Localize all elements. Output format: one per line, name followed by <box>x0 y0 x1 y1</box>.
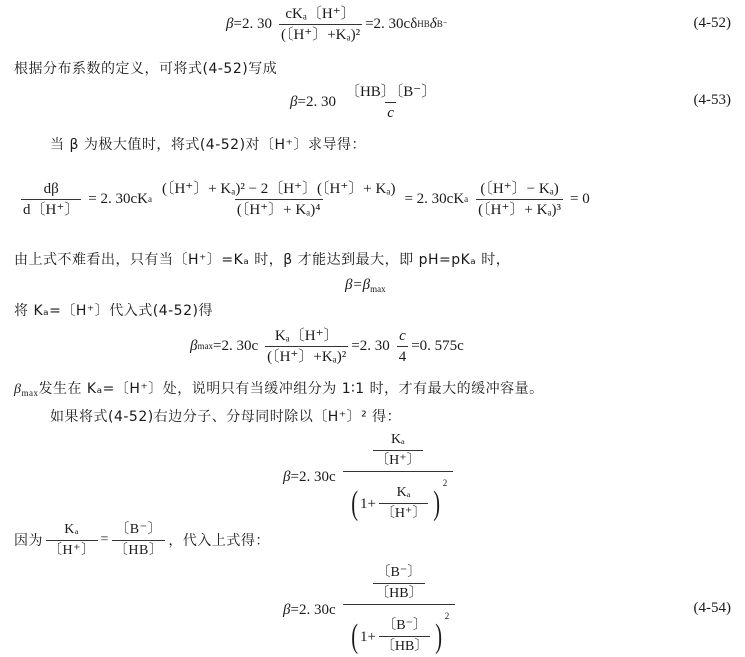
denominator: (〔H⁺〕+Kₐ)² <box>279 24 362 44</box>
denominator: (〔H⁺〕+Kₐ)² <box>265 346 348 366</box>
equation-number: (4-54) <box>694 600 732 617</box>
beta-symbol: β <box>290 94 297 111</box>
numerator: Kₐ〔H⁺〕 <box>273 327 341 346</box>
one-plus: 1+ <box>360 629 376 645</box>
left-paren: ( <box>351 487 358 521</box>
paragraph: 将 Kₐ=〔H⁺〕代入式(4-52)得 <box>14 300 213 320</box>
fraction: (〔H⁺〕+ Kₐ)² − 2〔H⁺〕(〔H⁺〕+ Kₐ) (〔H⁺〕+ Kₐ)… <box>160 180 397 219</box>
beta-max-equation: β=βmax <box>345 277 386 294</box>
equation-4-52: β =2. 30 cKₐ〔H⁺〕 (〔H⁺〕+Kₐ)² =2. 30cδHBδB… <box>226 2 448 46</box>
fraction: c 4 <box>397 327 409 366</box>
suffix-text: ，代入上式得： <box>168 530 270 550</box>
denominator: (1+ Kₐ 〔H⁺〕 )2 <box>343 471 454 524</box>
derivative-fraction: dβ d〔H⁺〕 <box>21 180 81 219</box>
numerator: (〔H⁺〕+ Kₐ)² − 2〔H⁺〕(〔H⁺〕+ Kₐ) <box>160 180 397 199</box>
fraction: Kₐ〔H⁺〕 (〔H⁺〕+Kₐ)² <box>265 327 348 366</box>
equation-4-54: β =2. 30c 〔B⁻〕 〔HB〕 (1+ 〔B⁻〕 〔HB〕 )2 <box>283 564 458 656</box>
coefficient: =2. 30c <box>213 338 258 355</box>
paragraph: 根据分布系数的定义，可将式(4-52)写成 <box>14 58 277 78</box>
coefficient: =2. 30c <box>290 602 335 619</box>
coefficient: =2. 30 <box>233 16 271 33</box>
coefficient: = 2. 30cK <box>404 191 464 208</box>
paragraph: 由上式不难看出，只有当〔H⁺〕=Kₐ 时，β 才能达到最大，即 pH=pKₐ 时… <box>14 249 510 269</box>
fraction: (〔H⁺〕− Kₐ) (〔H⁺〕+ Kₐ)³ <box>476 180 563 219</box>
denominator: c <box>385 102 396 122</box>
denominator: 〔H⁺〕 <box>46 540 98 560</box>
denominator: 4 <box>397 346 409 366</box>
derivative-equation: dβ d〔H⁺〕 = 2. 30cKa (〔H⁺〕+ Kₐ)² − 2〔H⁺〕(… <box>18 176 590 222</box>
result: = 0 <box>570 191 590 208</box>
beta-symbol: β <box>226 16 233 33</box>
compound-fraction: Kₐ 〔H⁺〕 (1+ Kₐ 〔H⁺〕 )2 <box>343 431 454 524</box>
paragraph: 当 β 为极大值时，将式(4-52)对〔H⁺〕求导得： <box>50 134 366 154</box>
denominator: 〔HB〕 <box>373 583 424 603</box>
coefficient: = 2. 30cK <box>88 191 148 208</box>
divided-equation: β =2. 30c Kₐ 〔H⁺〕 (1+ Kₐ 〔H⁺〕 )2 <box>283 432 456 522</box>
beta-equation: β=β <box>345 277 370 293</box>
right-paren: ) <box>434 487 441 521</box>
paragraph: βmax发生在 Kₐ=〔H⁺〕处，说明只有当缓冲组分为 1∶1 时，才有最大的缓… <box>14 378 544 398</box>
coefficient: =2. 30c <box>290 469 335 486</box>
numerator: Kₐ <box>389 431 407 450</box>
numerator: (〔H⁺〕− Kₐ) <box>478 180 560 199</box>
equals-sign: = <box>101 532 109 548</box>
right-paren: ) <box>436 620 443 654</box>
inner-fraction: 〔B⁻〕 〔HB〕 <box>373 564 424 603</box>
coefficient: =2. 30 <box>297 94 335 111</box>
beta-symbol: β <box>190 338 197 355</box>
one-plus: 1+ <box>360 496 376 512</box>
denominator: (〔H⁺〕+ Kₐ)³ <box>476 199 563 219</box>
inner-fraction: 〔B⁻〕 〔HB〕 <box>379 617 430 656</box>
beta-max-value-equation: βmax =2. 30c Kₐ〔H⁺〕 (〔H⁺〕+Kₐ)² =2. 30 c … <box>190 323 464 369</box>
numerator: cKₐ〔H⁺〕 <box>283 5 357 24</box>
denominator: 〔H⁺〕 <box>379 503 429 523</box>
exponent: 2 <box>443 478 448 488</box>
subscript-hb: HB <box>417 19 430 29</box>
subscript-b: B⁻ <box>437 19 448 30</box>
fraction: 〔HB〕〔B⁻〕 c <box>343 83 438 122</box>
numerator: Kₐ 〔H⁺〕 <box>368 431 428 471</box>
subscript: a <box>148 194 152 204</box>
left-paren: ( <box>351 620 358 654</box>
subscript: max <box>21 388 38 398</box>
inner-fraction: Kₐ 〔H⁺〕 <box>373 431 423 470</box>
beta-symbol: β <box>283 602 290 619</box>
subscript: a <box>464 194 468 204</box>
paragraph: 如果将式(4-52)右边分子、分母同时除以〔H⁺〕² 得： <box>50 406 401 426</box>
denominator: (1+ 〔B⁻〕 〔HB〕 )2 <box>343 604 456 657</box>
numerator: dβ <box>42 180 61 199</box>
fraction: Kₐ 〔H⁺〕 <box>46 521 98 560</box>
compound-fraction: 〔B⁻〕 〔HB〕 (1+ 〔B⁻〕 〔HB〕 )2 <box>343 564 456 657</box>
middle-term: =2. 30 <box>351 338 389 355</box>
exponent: 2 <box>445 611 450 621</box>
numerator: Kₐ <box>62 521 81 540</box>
prefix-text: 因为 <box>14 530 43 550</box>
fraction: cKₐ〔H⁺〕 (〔H⁺〕+Kₐ)² <box>279 5 362 44</box>
subscript: max <box>197 341 213 351</box>
subscript: max <box>370 284 386 294</box>
numerator: 〔B⁻〕 <box>375 564 424 583</box>
numerator: 〔HB〕〔B⁻〕 <box>343 83 438 102</box>
numerator: c <box>397 327 408 346</box>
numerator: 〔B⁻〕 〔HB〕 <box>368 564 429 604</box>
fraction: 〔B⁻〕 〔HB〕 <box>112 521 165 560</box>
denominator: (〔H⁺〕+ Kₐ)⁴ <box>235 199 323 219</box>
delta-symbol: δ <box>430 16 437 33</box>
denominator: 〔HB〕 <box>379 636 430 656</box>
inner-fraction: Kₐ 〔H⁺〕 <box>379 484 429 523</box>
denominator: d〔H⁺〕 <box>21 199 81 219</box>
numerator: 〔B⁻〕 <box>113 521 164 540</box>
numerator: Kₐ <box>395 484 413 503</box>
denominator: 〔H⁺〕 <box>373 450 423 470</box>
rhs: =2. 30cδ <box>365 16 417 33</box>
equation-4-53: β =2. 30 〔HB〕〔B⁻〕 c <box>290 80 441 124</box>
paragraph: 因为 Kₐ 〔H⁺〕 = 〔B⁻〕 〔HB〕 ，代入上式得： <box>14 520 270 560</box>
equation-number: (4-52) <box>694 15 732 32</box>
equation-number: (4-53) <box>694 92 732 109</box>
paragraph-text: 发生在 Kₐ=〔H⁺〕处，说明只有当缓冲组分为 1∶1 时，才有最大的缓冲容量。 <box>38 381 543 397</box>
beta-symbol: β <box>283 469 290 486</box>
denominator: 〔HB〕 <box>112 540 165 560</box>
result: =0. 575c <box>411 338 464 355</box>
numerator: 〔B⁻〕 <box>380 617 429 636</box>
